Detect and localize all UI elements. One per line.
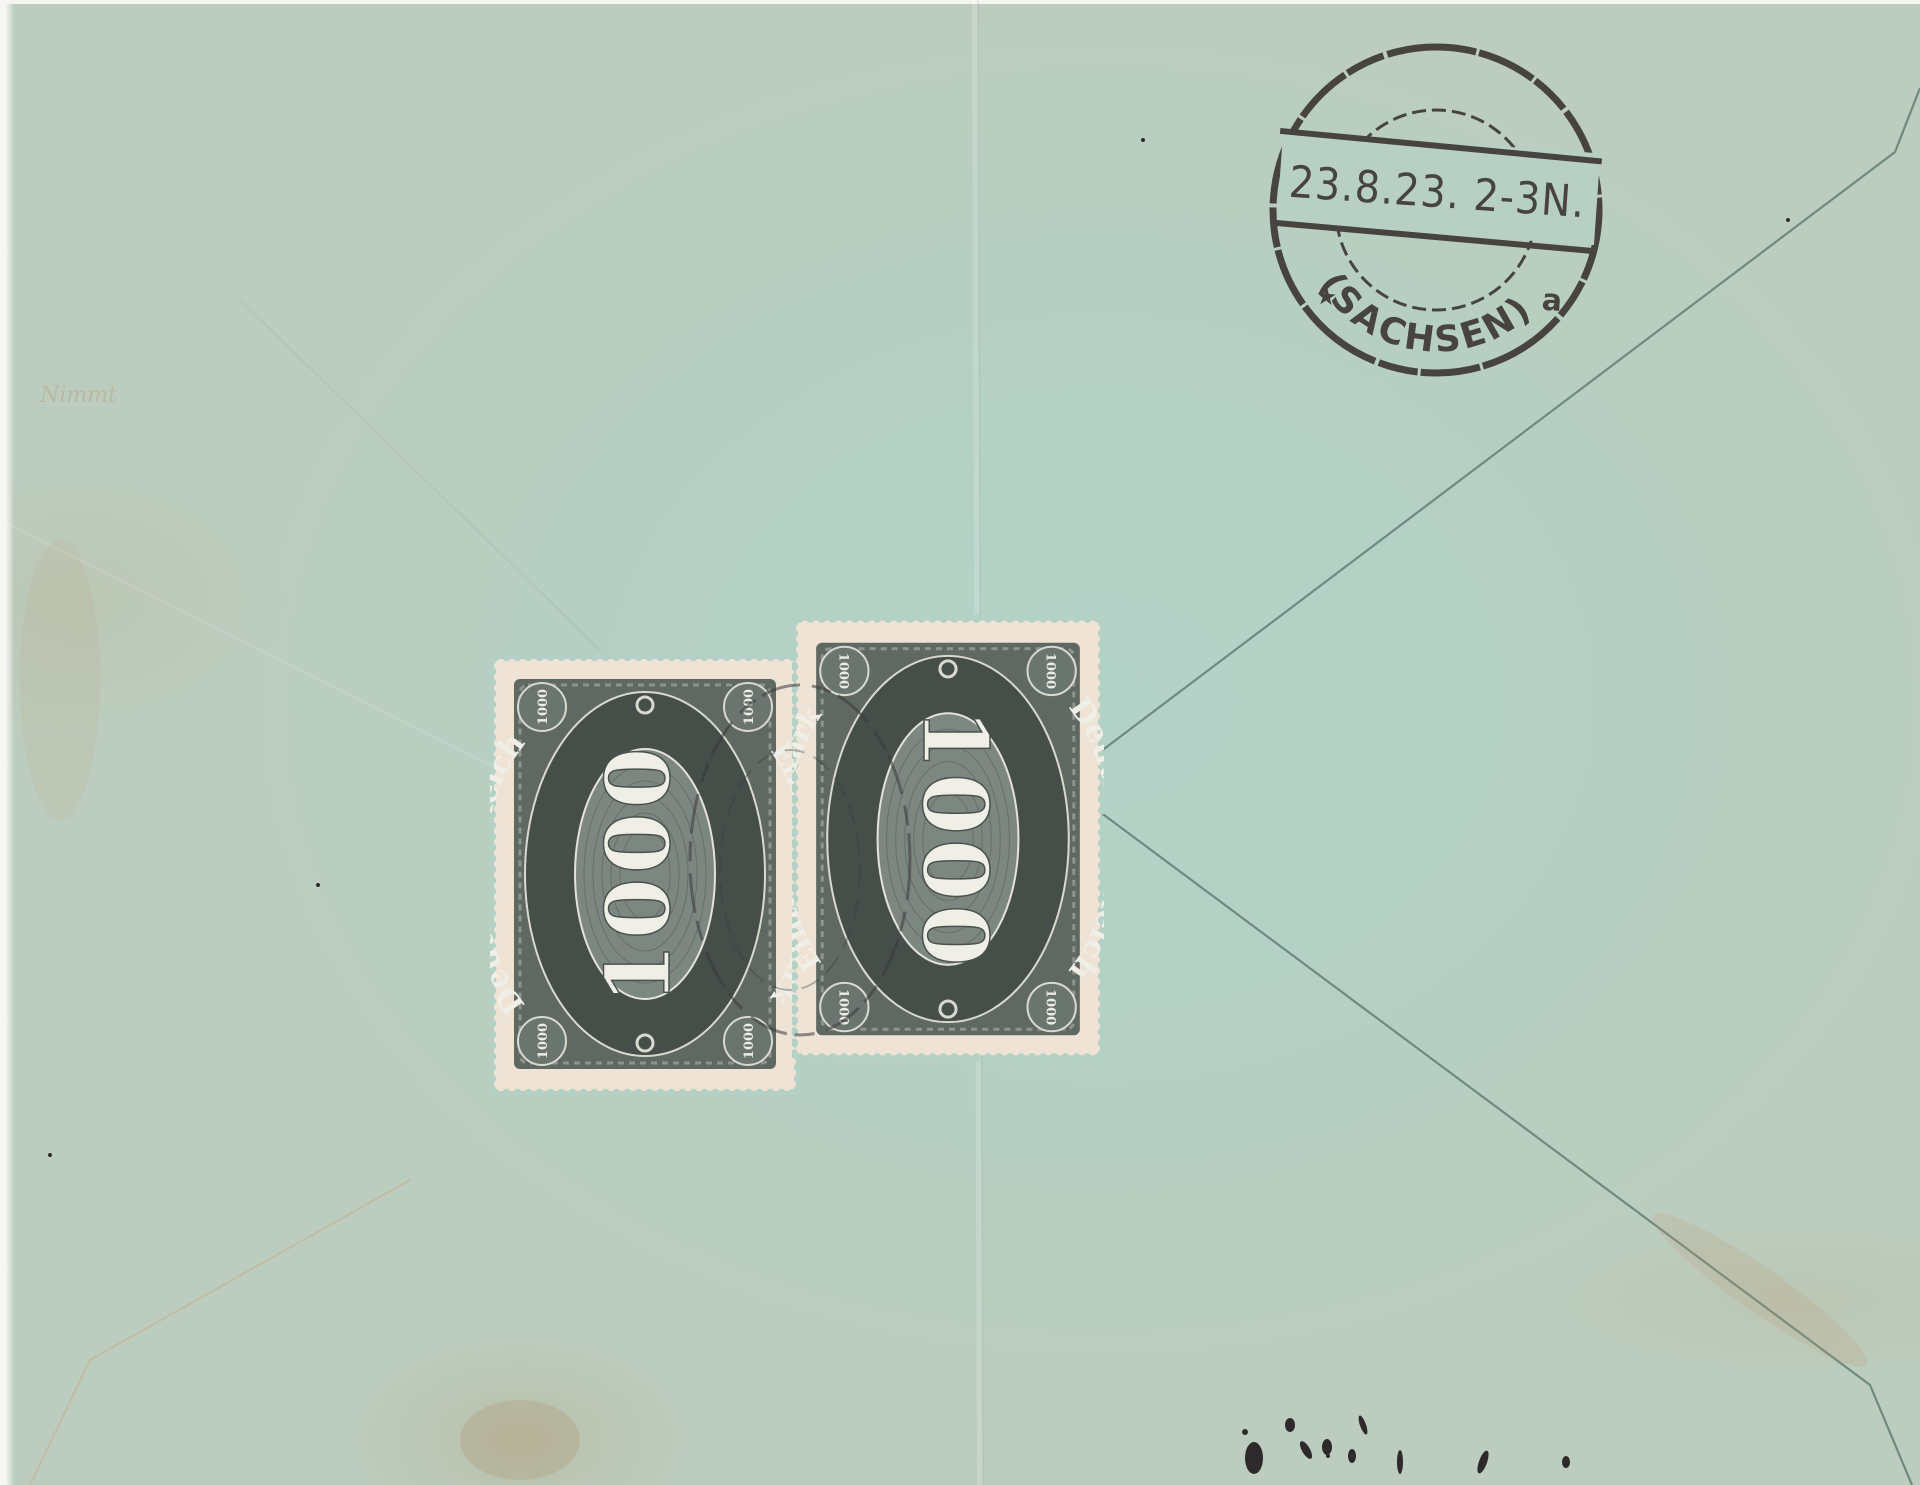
envelope-back: Nimmt — [0, 0, 1920, 1485]
stamp-cancellation — [0, 0, 1920, 1485]
